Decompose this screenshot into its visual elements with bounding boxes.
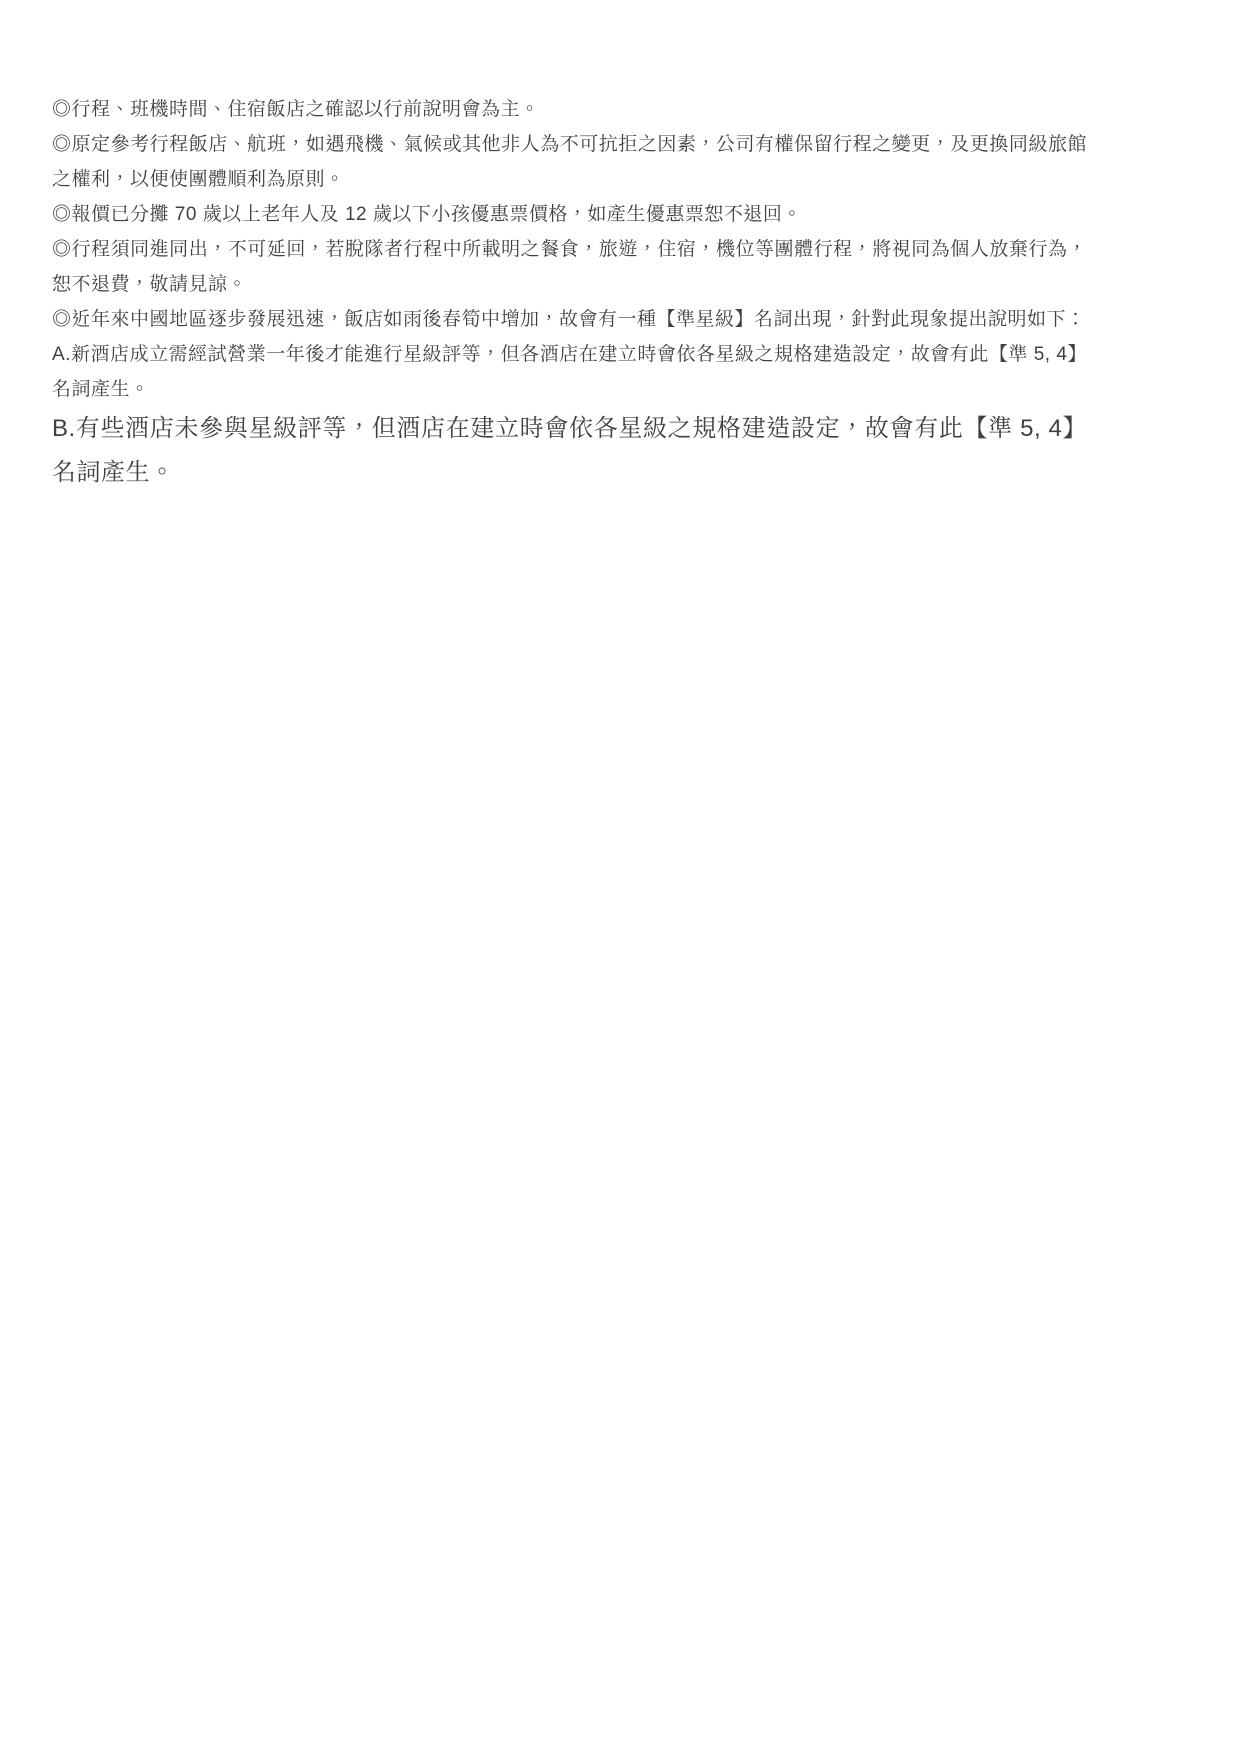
paragraph-text: 行程須同進同出，不可延回，若脫隊者行程中所載明之餐食，旅遊，住宿，機位等團體行程…: [52, 239, 1087, 295]
paragraph-text: A.新酒店成立需經試營業一年後才能進行星級評等，但各酒店在建立時會依各星級之規格…: [52, 344, 1087, 400]
bullet-icon: ◎: [52, 134, 72, 155]
bullet-icon: ◎: [52, 204, 72, 225]
bullet-icon: ◎: [52, 99, 72, 120]
notice-paragraph: ◎原定參考行程飯店、航班，如遇飛機、氣候或其他非人為不可抗拒之因素，公司有權保留…: [52, 127, 1087, 197]
paragraph-text: 報價已分攤 70 歲以上老年人及 12 歲以下小孩優惠票價格，如產生優惠票恕不退…: [72, 204, 802, 225]
notice-paragraph: ◎行程須同進同出，不可延回，若脫隊者行程中所載明之餐食，旅遊，住宿，機位等團體行…: [52, 232, 1087, 302]
paragraph-text: 近年來中國地區逐步發展迅速，飯店如雨後春筍中增加，故會有一種【準星級】名詞出現，…: [72, 309, 1086, 330]
bullet-icon: ◎: [52, 239, 72, 260]
paragraph-text: B.有些酒店未參與星級評等，但酒店在建立時會依各星級之規格建造設定，故會有此【準…: [52, 415, 1087, 486]
document-body: ◎行程、班機時間、住宿飯店之確認以行前說明會為主。 ◎原定參考行程飯店、航班，如…: [52, 92, 1087, 495]
notice-paragraph: ◎近年來中國地區逐步發展迅速，飯店如雨後春筍中增加，故會有一種【準星級】名詞出現…: [52, 302, 1087, 337]
paragraph-text: 原定參考行程飯店、航班，如遇飛機、氣候或其他非人為不可抗拒之因素，公司有權保留行…: [52, 134, 1087, 190]
note-item-b: B.有些酒店未參與星級評等，但酒店在建立時會依各星級之規格建造設定，故會有此【準…: [52, 407, 1087, 495]
bullet-icon: ◎: [52, 309, 72, 330]
notice-paragraph: ◎報價已分攤 70 歲以上老年人及 12 歲以下小孩優惠票價格，如產生優惠票恕不…: [52, 197, 1087, 232]
document-page: ◎行程、班機時間、住宿飯店之確認以行前說明會為主。 ◎原定參考行程飯店、航班，如…: [0, 0, 1241, 1755]
notice-paragraph: ◎行程、班機時間、住宿飯店之確認以行前說明會為主。: [52, 92, 1087, 127]
paragraph-text: 行程、班機時間、住宿飯店之確認以行前說明會為主。: [72, 99, 540, 120]
note-item-a: A.新酒店成立需經試營業一年後才能進行星級評等，但各酒店在建立時會依各星級之規格…: [52, 337, 1087, 407]
